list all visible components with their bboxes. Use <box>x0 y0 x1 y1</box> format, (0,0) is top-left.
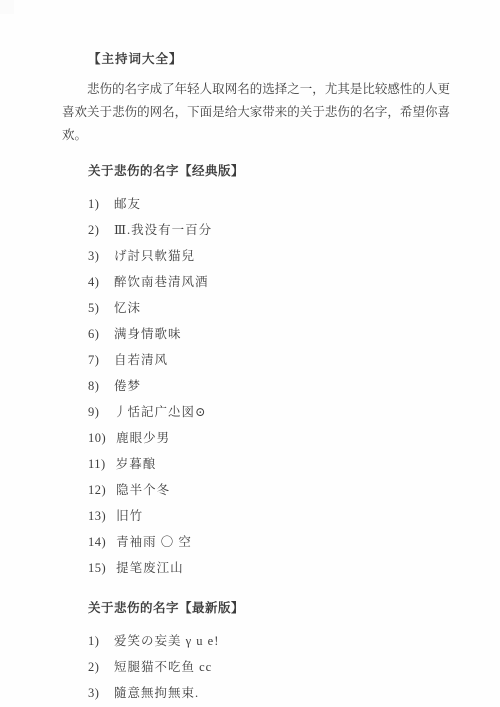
list-item: 6) 满身情歌味 <box>88 321 450 347</box>
list-item: 15) 提笔废江山 <box>88 555 450 581</box>
list-item: 1) 邮友 <box>88 191 450 217</box>
item-number: 15) <box>88 555 106 581</box>
item-text: 岁暮酿 <box>116 451 157 477</box>
item-text: げ討只軟猫兒 <box>114 243 195 269</box>
list-item: 5) 忆沫 <box>88 295 450 321</box>
list-item: 2) 短腿猫不吃鱼 cc <box>88 654 450 680</box>
item-text: 丿恬記广尐図⊙ <box>114 399 206 425</box>
item-text: 醉饮南巷清风酒 <box>114 269 209 295</box>
name-list-latest: 1) 爱笑の妄美 γ u e! 2) 短腿猫不吃鱼 cc 3) 隨意無拘無束. <box>88 628 450 706</box>
item-number: 5) <box>88 295 104 321</box>
item-text: 旧竹 <box>116 503 143 529</box>
doc-title: 【主持词大全】 <box>88 46 450 72</box>
item-number: 1) <box>88 191 104 217</box>
item-number: 14) <box>88 529 106 555</box>
item-text: 鹿眼少男 <box>116 425 170 451</box>
item-number: 11) <box>88 451 106 477</box>
section-heading-latest: 关于悲伤的名字【最新版】 <box>88 589 450 628</box>
item-number: 4) <box>88 269 104 295</box>
item-number: 6) <box>88 321 104 347</box>
list-item: 14) 青袖雨 〇 空 <box>88 529 450 555</box>
item-text: 邮友 <box>114 191 141 217</box>
list-item: 7) 自若清风 <box>88 347 450 373</box>
document-page: 【主持词大全】 悲伤的名字成了年轻人取网名的选择之一，尤其是比较感性的人更喜欢关… <box>0 0 500 707</box>
list-item: 2) Ⅲ.我没有一百分 <box>88 217 450 243</box>
page-corner-artifact <box>0 0 14 14</box>
item-text: 提笔废江山 <box>116 555 184 581</box>
item-number: 1) <box>88 628 104 654</box>
item-text: Ⅲ.我没有一百分 <box>114 217 212 243</box>
item-text: 短腿猫不吃鱼 cc <box>114 654 212 680</box>
name-list-classic: 1) 邮友 2) Ⅲ.我没有一百分 3) げ討只軟猫兒 4) 醉饮南巷清风酒 <box>88 191 450 581</box>
section-divider-gap <box>62 581 450 589</box>
list-item: 10) 鹿眼少男 <box>88 425 450 451</box>
list-item: 9) 丿恬記广尐図⊙ <box>88 399 450 425</box>
section-classic: 关于悲伤的名字【经典版】 1) 邮友 2) Ⅲ.我没有一百分 3) げ討只軟猫兒 <box>62 152 450 581</box>
item-number: 2) <box>88 217 104 243</box>
item-number: 3) <box>88 243 104 269</box>
item-text: 忆沫 <box>114 295 141 321</box>
item-number: 2) <box>88 654 104 680</box>
item-number: 10) <box>88 425 106 451</box>
item-number: 13) <box>88 503 106 529</box>
section-heading-classic: 关于悲伤的名字【经典版】 <box>88 152 450 191</box>
item-text: 爱笑の妄美 γ u e! <box>114 628 219 654</box>
item-text: 倦梦 <box>114 373 141 399</box>
item-text: 自若清风 <box>114 347 168 373</box>
list-item: 13) 旧竹 <box>88 503 450 529</box>
section-latest: 关于悲伤的名字【最新版】 1) 爱笑の妄美 γ u e! 2) 短腿猫不吃鱼 c… <box>62 589 450 706</box>
item-number: 9) <box>88 399 104 425</box>
list-item: 1) 爱笑の妄美 γ u e! <box>88 628 450 654</box>
list-item: 11) 岁暮酿 <box>88 451 450 477</box>
item-text: 青袖雨 〇 空 <box>116 529 192 555</box>
list-item: 3) 隨意無拘無束. <box>88 680 450 706</box>
item-number: 3) <box>88 680 104 706</box>
list-item: 12) 隐半个冬 <box>88 477 450 503</box>
item-text: 隐半个冬 <box>116 477 170 503</box>
list-item: 3) げ討只軟猫兒 <box>88 243 450 269</box>
item-number: 12) <box>88 477 106 503</box>
item-number: 8) <box>88 373 104 399</box>
item-number: 7) <box>88 347 104 373</box>
item-text: 满身情歌味 <box>114 321 182 347</box>
list-item: 8) 倦梦 <box>88 373 450 399</box>
item-text: 隨意無拘無束. <box>114 680 199 706</box>
list-item: 4) 醉饮南巷清风酒 <box>88 269 450 295</box>
intro-paragraph: 悲伤的名字成了年轻人取网名的选择之一，尤其是比较感性的人更喜欢关于悲伤的网名，下… <box>62 78 450 147</box>
